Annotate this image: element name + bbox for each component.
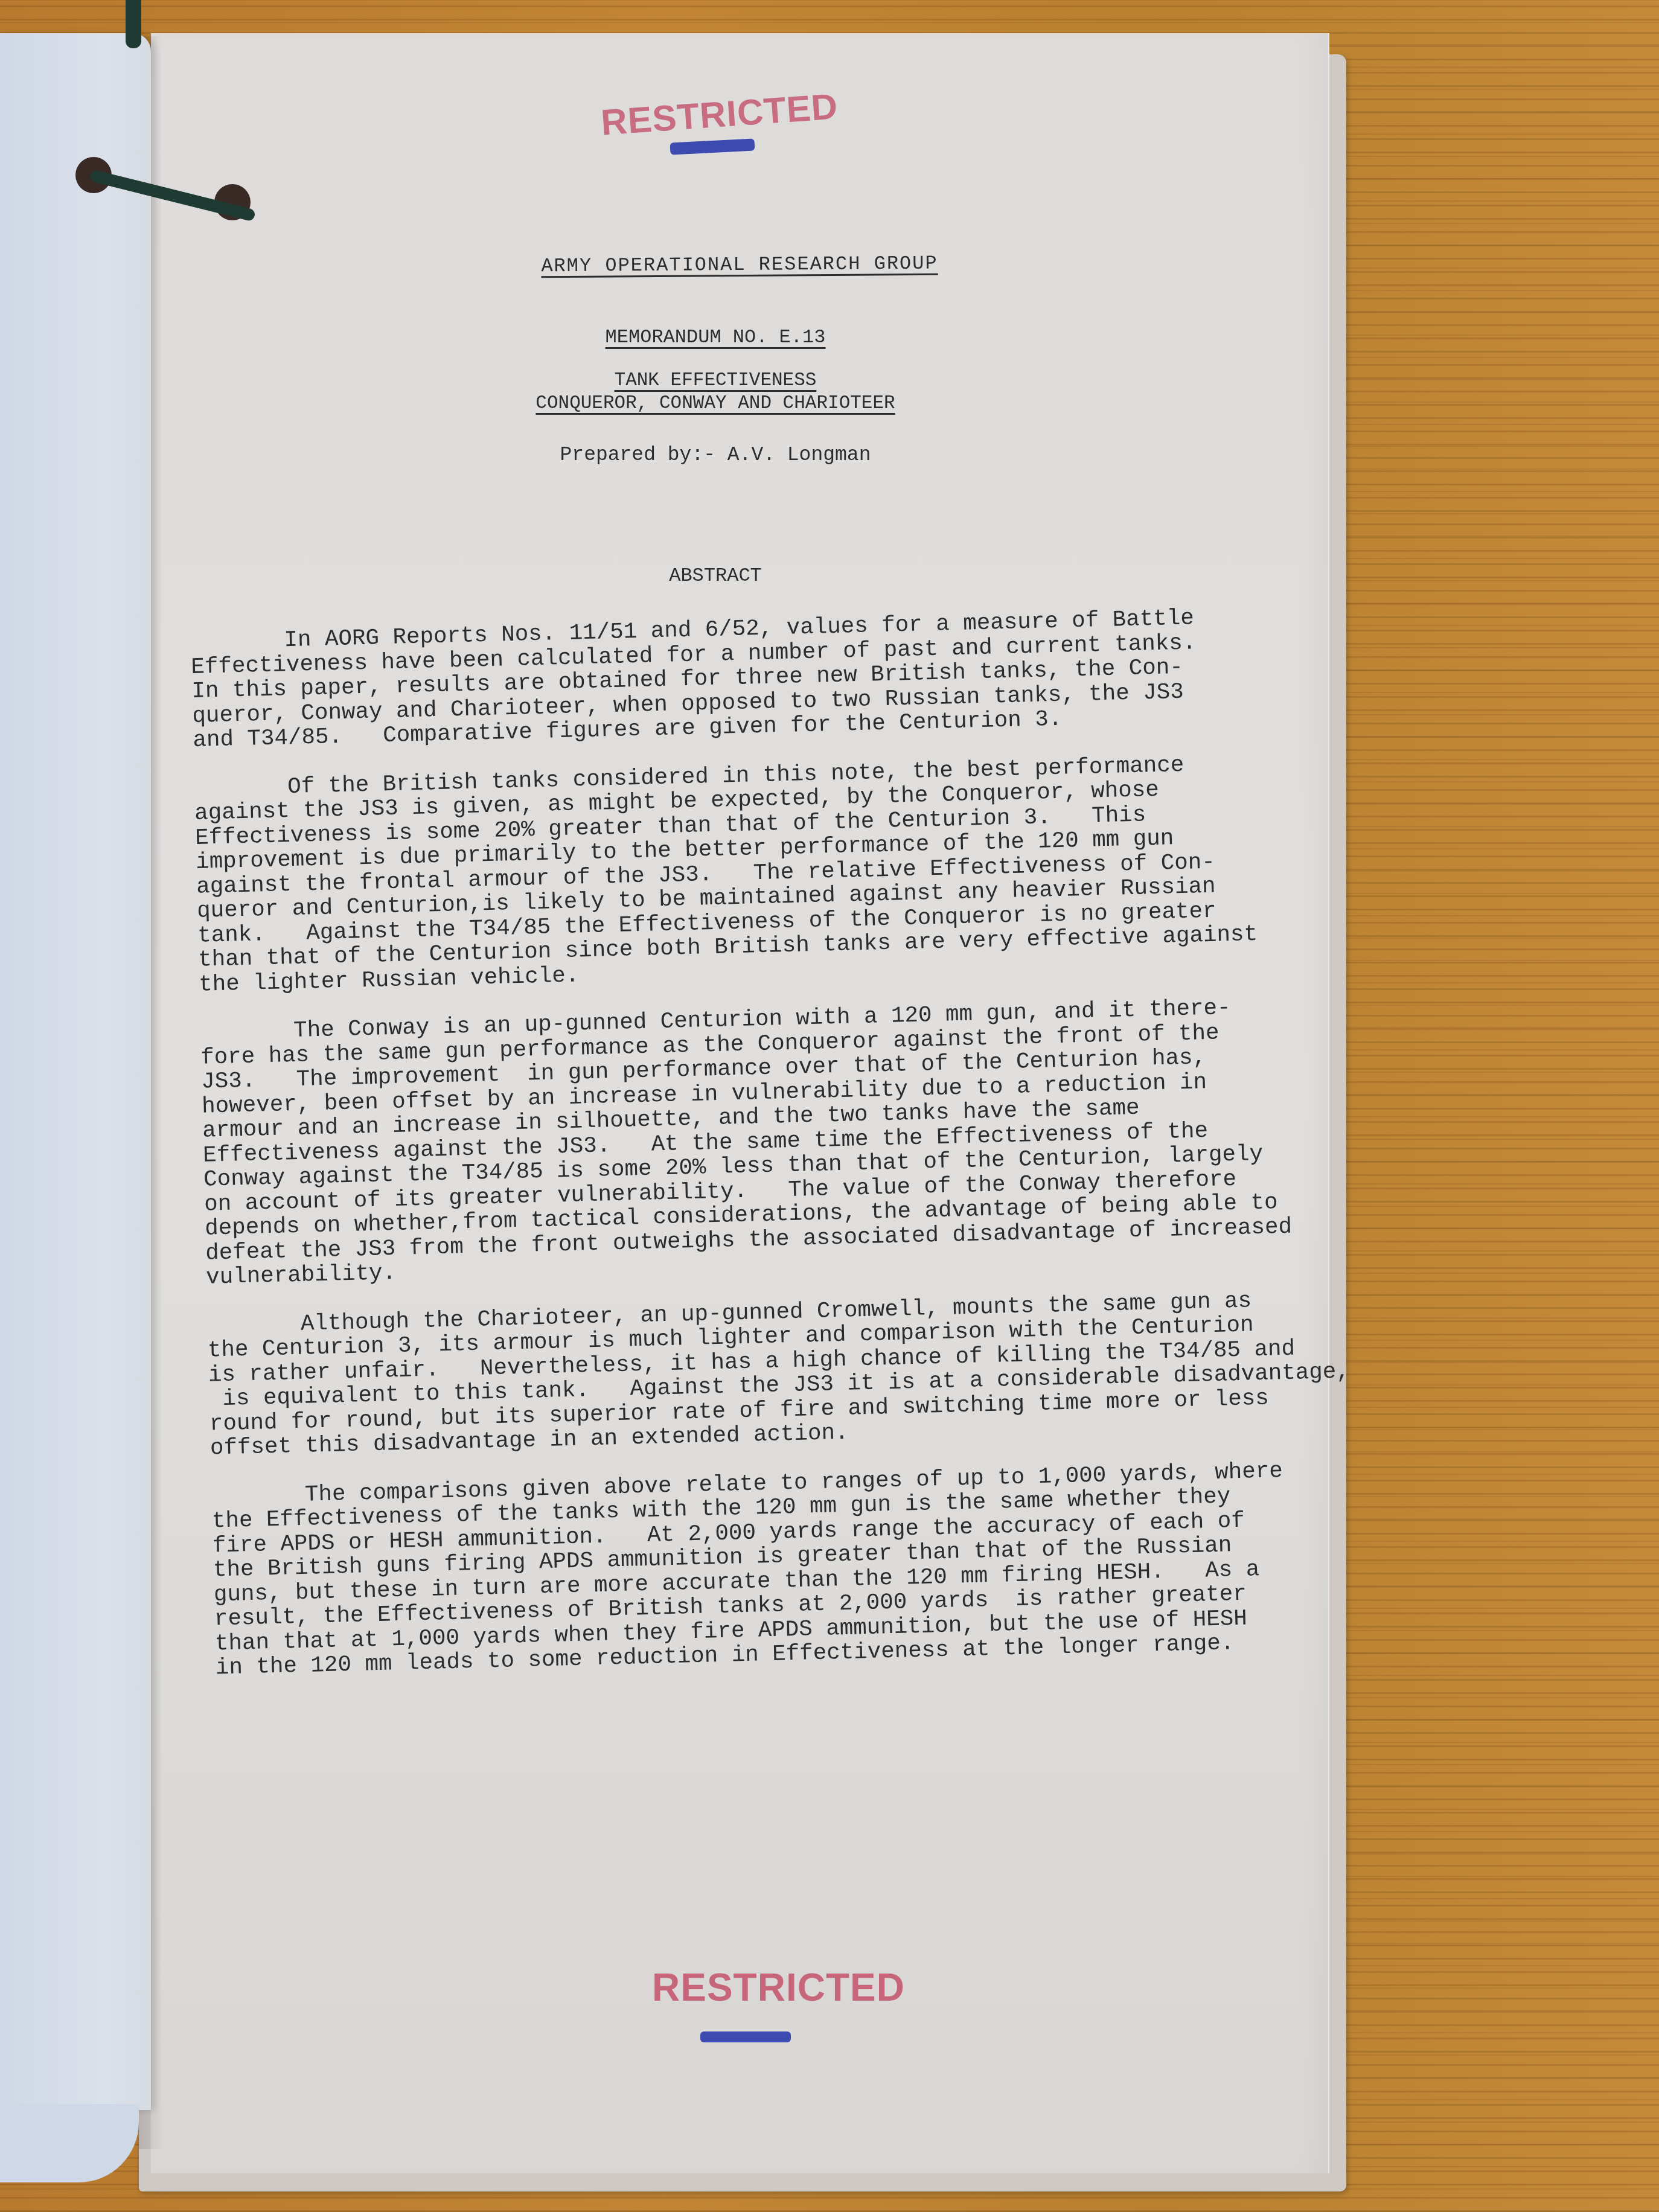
abstract-paragraph: Although the Charioteer, an up-gunned Cr… [207, 1287, 1327, 1461]
author-line: Prepared by:- A.V. Longman [127, 444, 1304, 466]
title-line-1: TANK EFFECTIVENESS [127, 370, 1304, 391]
organization-heading: ARMY OPERATIONAL RESEARCH GROUP [151, 249, 1328, 280]
abstract-body: In AORG Reports Nos. 11/51 and 6/52, val… [190, 604, 1333, 1705]
abstract-paragraph: In AORG Reports Nos. 11/51 and 6/52, val… [190, 604, 1309, 753]
title-line-2: CONQUEROR, CONWAY AND CHARIOTEER [127, 393, 1304, 414]
restricted-stamp-top: RESTRICTED [599, 85, 839, 143]
abstract-paragraph: Of the British tanks considered in this … [194, 750, 1315, 997]
abstract-paragraph: The comparisons given above relate to ra… [211, 1458, 1332, 1681]
abstract-paragraph: The Conway is an up-gunned Centurion wit… [200, 994, 1323, 1291]
memorandum-document: RESTRICTED ARMY OPERATIONAL RESEARCH GRO… [151, 33, 1328, 2173]
memorandum-number: MEMORANDUM NO. E.13 [127, 326, 1304, 348]
redaction-mark-top [670, 138, 755, 155]
restricted-stamp-bottom: RESTRICTED [652, 1965, 905, 2010]
redaction-mark-bottom [700, 2031, 791, 2042]
binder-cord-icon [126, 0, 141, 48]
section-heading: ABSTRACT [127, 564, 1304, 587]
